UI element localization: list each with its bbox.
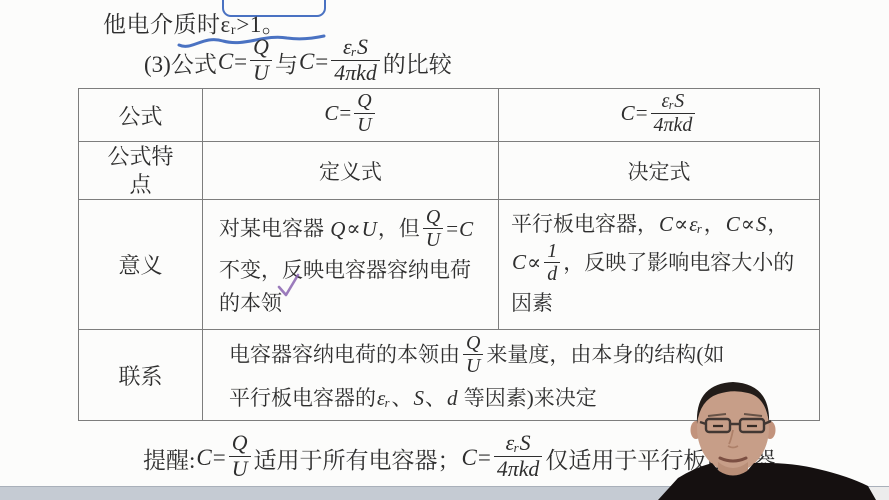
row-label-feature: 公式特点: [79, 142, 203, 200]
table-row-formula: 公式 C=QU C=εᵣS4πkd: [79, 89, 820, 142]
cell-formula-decision: C=εᵣS4πkd: [499, 89, 820, 142]
cell-feature-decision: 决定式: [499, 142, 820, 200]
fraction: QU: [423, 206, 443, 252]
section-title: (3)公式 C=QU与 C=εᵣS4πkd的比较: [144, 36, 452, 88]
row-label-meaning: 意义: [79, 200, 203, 330]
table-row-meaning: 意义 对某电容器 Q∝U，但QU=C 不变，反映电容器容纳电荷的本领 平行板电容…: [79, 200, 820, 330]
fraction: εᵣS4πkd: [331, 35, 379, 85]
row-label-relation: 联系: [79, 329, 203, 420]
instructor-video: [640, 372, 889, 500]
cell-formula-definition: C=QU: [203, 89, 499, 142]
fraction: QU: [229, 431, 251, 481]
lecture-slide: 4πkd 他电介质时εᵣ>1。 (3)公式 C=QU与 C=εᵣS4πkd的比较…: [0, 0, 889, 500]
cell-feature-definition: 定义式: [203, 142, 499, 200]
fraction: 1d: [544, 240, 560, 286]
torso: [658, 463, 876, 500]
fraction: QU: [354, 90, 374, 136]
fraction: εᵣS4πkd: [494, 431, 542, 481]
row-label-formula: 公式: [79, 89, 203, 142]
cell-meaning-definition: 对某电容器 Q∝U，但QU=C 不变，反映电容器容纳电荷的本领: [203, 200, 499, 330]
fraction: QU: [463, 332, 483, 378]
cell-meaning-decision: 平行板电容器，C∝εᵣ，C∝S，C∝1d，反映了影响电容大小的因素: [499, 200, 820, 330]
fraction: QU: [250, 35, 272, 85]
check-mark-icon: [276, 272, 302, 299]
fraction: εᵣS4πkd: [651, 90, 696, 136]
table-row-feature: 公式特点 定义式 决定式: [79, 142, 820, 200]
